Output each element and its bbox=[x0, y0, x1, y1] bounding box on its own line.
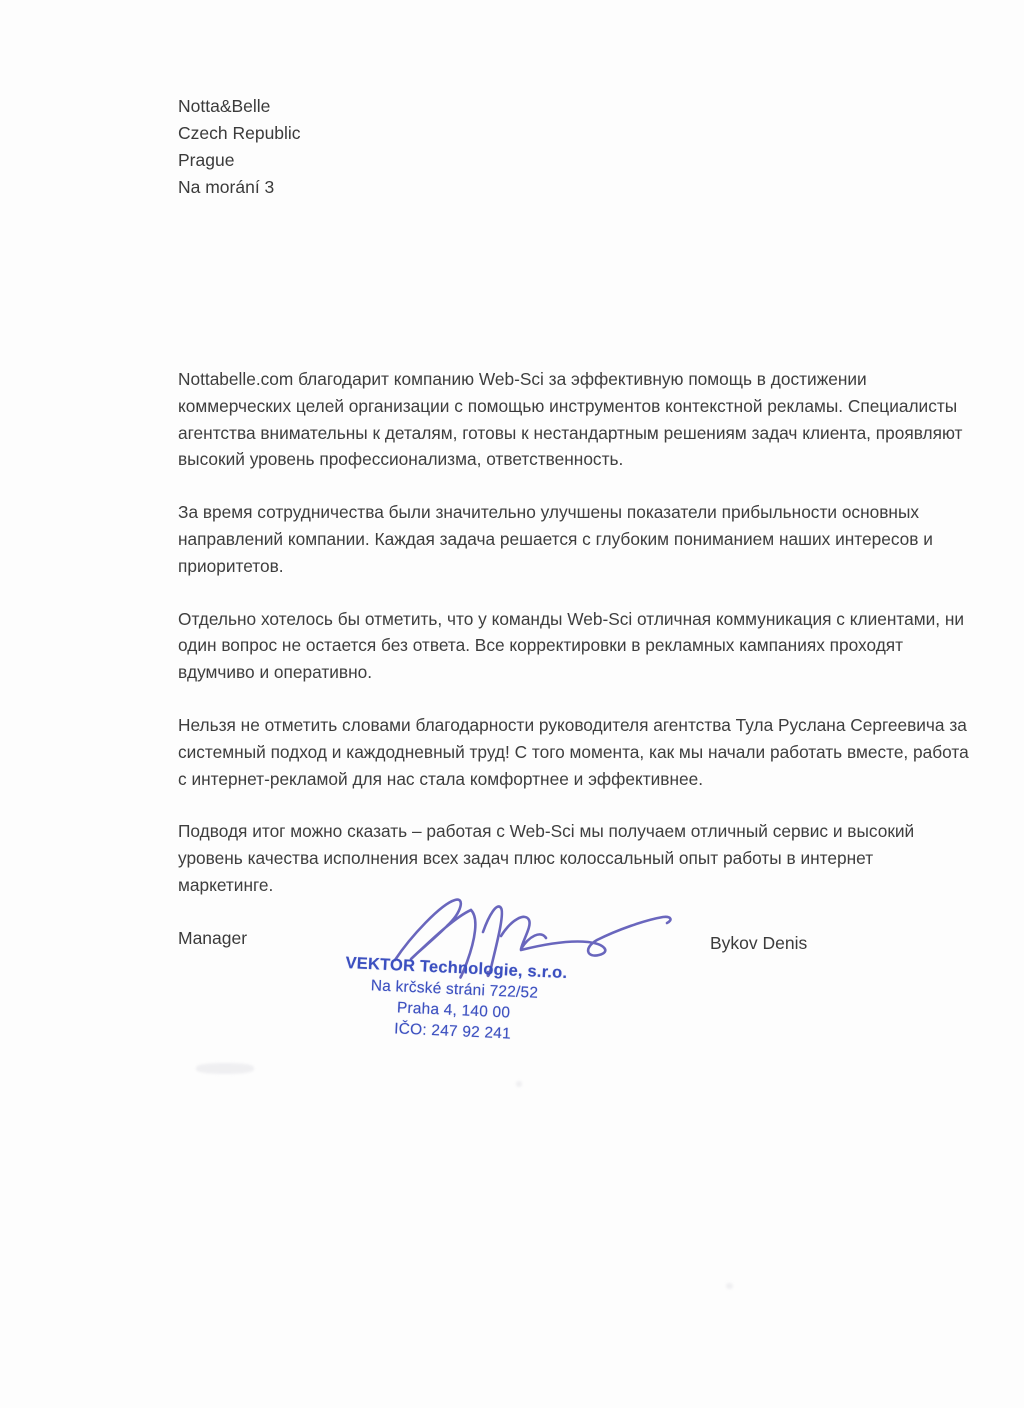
sender-company: Notta&Belle bbox=[178, 93, 301, 120]
sender-country: Czech Republic bbox=[178, 120, 301, 147]
signature-stroke bbox=[501, 917, 546, 949]
scan-smudge bbox=[726, 1283, 733, 1289]
letter-body: Nottabelle.com благодарит компанию Web-S… bbox=[178, 366, 970, 925]
signature-stroke bbox=[395, 900, 471, 960]
company-stamp: VEKTOR Technologie, s.r.o. Na krčské str… bbox=[342, 953, 566, 1047]
paragraph-5: Подводя итог можно сказать – работая с W… bbox=[178, 818, 970, 898]
paragraph-2: За время сотрудничества были значительно… bbox=[178, 499, 970, 579]
paragraph-3: Отдельно хотелось бы отметить, что у ком… bbox=[178, 606, 970, 686]
sender-address-block: Notta&Belle Czech Republic Prague Na mor… bbox=[178, 93, 301, 201]
signer-name: Bykov Denis bbox=[710, 933, 807, 954]
paragraph-4: Нельзя не отметить словами благодарности… bbox=[178, 712, 970, 792]
letter-page: Notta&Belle Czech Republic Prague Na mor… bbox=[0, 0, 1024, 1408]
scan-smudge bbox=[516, 1081, 522, 1087]
signer-role: Manager bbox=[178, 928, 247, 949]
sender-city: Prague bbox=[178, 147, 301, 174]
paragraph-1: Nottabelle.com благодарит компанию Web-S… bbox=[178, 366, 970, 473]
scan-smudge bbox=[196, 1063, 254, 1074]
sender-street: Na morání 3 bbox=[178, 174, 301, 201]
